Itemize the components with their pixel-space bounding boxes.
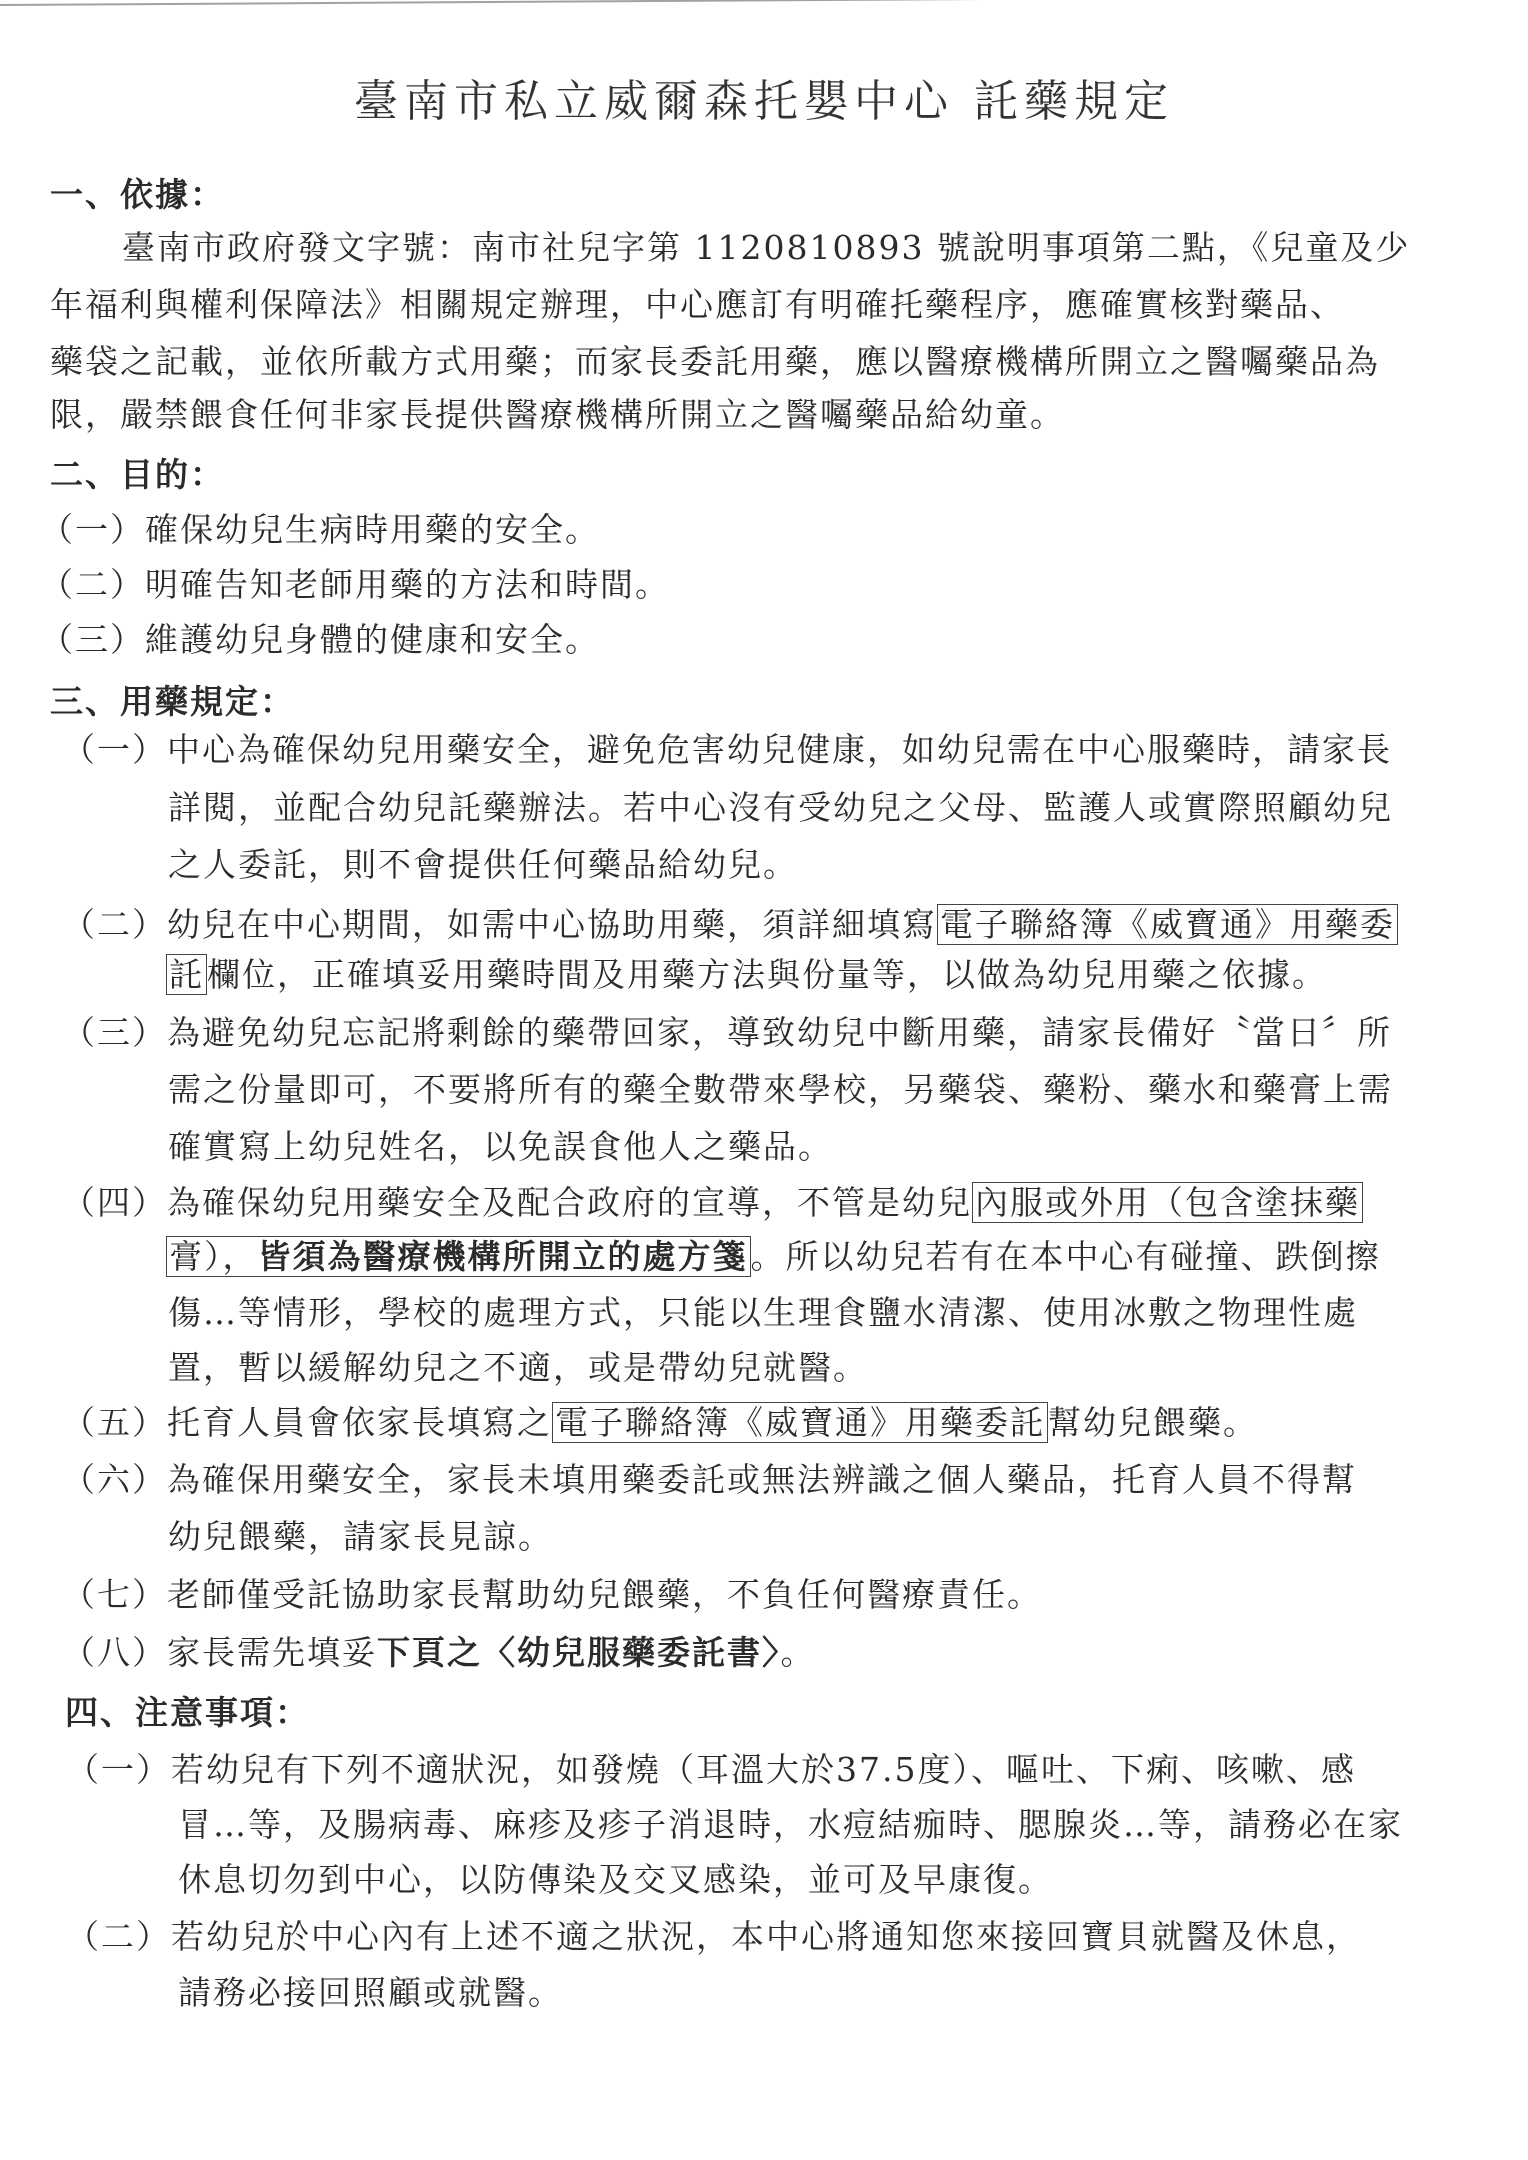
item-text: 。	[781, 1633, 816, 1672]
note-1-line-2: 冒…等，及腸病毒、麻疹及疹子消退時，水痘結痂時、腮腺炎…等，請務必在家	[178, 1805, 1403, 1845]
boxed-text: 電子聯絡簿《威寶通》用藥委託	[552, 1402, 1048, 1443]
basis-line-3: 藥袋之記載，並依所載方式用藥；而家長委託用藥，應以醫療機構所開立之醫囑藥品為	[50, 342, 1380, 382]
item-marker: （三）	[40, 620, 145, 659]
purpose-item-2: （二）明確告知老師用藥的方法和時間。	[40, 565, 670, 605]
item-text: 明確告知老師用藥的方法和時間。	[145, 565, 670, 604]
rule-2-line-1: （二）幼兒在中心期間，如需中心協助用藥，須詳細填寫電子聯絡簿《威寶通》用藥委	[62, 905, 1398, 945]
item-text: 。所以幼兒若有在本中心有碰撞、跌倒擦	[751, 1237, 1381, 1276]
item-marker: （六）	[62, 1460, 167, 1499]
basis-line-1: 臺南市政府發文字號：南市社兒字第 1120810893 號說明事項第二點，《兒童…	[122, 228, 1410, 268]
rule-4-line-4: 置，暫以緩解幼兒之不適，或是帶幼兒就醫。	[168, 1348, 868, 1388]
boxed-text: 膏），皆須為醫療機構所開立的處方箋	[166, 1236, 751, 1277]
item-text: 確保幼兒生病時用藥的安全。	[145, 510, 600, 549]
rule-3-line-3: 確實寫上幼兒姓名，以免誤食他人之藥品。	[168, 1127, 833, 1167]
rule-3-line-1: （三）為避免幼兒忘記將剩餘的藥帶回家，導致幼兒中斷用藥，請家長備好〝當日〞所	[62, 1013, 1392, 1053]
item-text: 中心為確保幼兒用藥安全，避免危害幼兒健康，如幼兒需在中心服藥時，請家長	[167, 730, 1392, 769]
item-text: 欄位，正確填妥用藥時間及用藥方法與份量等，以做為幼兒用藥之依據。	[207, 955, 1327, 994]
rule-1-line-1: （一）中心為確保幼兒用藥安全，避免危害幼兒健康，如幼兒需在中心服藥時，請家長	[62, 730, 1392, 770]
item-marker: （七）	[62, 1575, 167, 1614]
section-heading-rules: 三、用藥規定：	[50, 682, 295, 722]
note-2-line-2: 請務必接回照顧或就醫。	[178, 1973, 563, 2013]
rule-5-line-1: （五）托育人員會依家長填寫之電子聯絡簿《威寶通》用藥委託幫幼兒餵藥。	[62, 1403, 1258, 1443]
rule-1-line-3: 之人委託，則不會提供任何藥品給幼兒。	[168, 845, 798, 885]
item-marker: （一）	[40, 510, 145, 549]
rule-4-line-2: 膏），皆須為醫療機構所開立的處方箋。所以幼兒若有在本中心有碰撞、跌倒擦	[166, 1237, 1381, 1277]
item-text: 維護幼兒身體的健康和安全。	[145, 620, 600, 659]
boxed-text-part: 膏），	[169, 1237, 258, 1276]
basis-line-4: 限，嚴禁餵食任何非家長提供醫療機構所開立之醫囑藥品給幼童。	[50, 395, 1065, 435]
boxed-text: 內服或外用（包含塗抹藥	[972, 1182, 1363, 1223]
item-text: 為確保用藥安全，家長未填用藥委託或無法辨識之個人藥品，托育人員不得幫	[167, 1460, 1357, 1499]
item-marker: （四）	[62, 1183, 167, 1222]
rule-7-line-1: （七）老師僅受託協助家長幫助幼兒餵藥，不負任何醫療責任。	[62, 1575, 1042, 1615]
boxed-text: 電子聯絡簿《威寶通》用藥委	[937, 904, 1398, 945]
item-marker: （一）	[66, 1750, 171, 1789]
item-text: 若幼兒於中心內有上述不適之狀況，本中心將通知您來接回寶貝就醫及休息，	[171, 1917, 1361, 1956]
rule-4-line-1: （四）為確保幼兒用藥安全及配合政府的宣導，不管是幼兒內服或外用（包含塗抹藥	[62, 1183, 1363, 1223]
item-marker: （一）	[62, 730, 167, 769]
rule-6-line-1: （六）為確保用藥安全，家長未填用藥委託或無法辨識之個人藥品，托育人員不得幫	[62, 1460, 1357, 1500]
item-text: 為確保幼兒用藥安全及配合政府的宣導，不管是幼兒	[167, 1183, 972, 1222]
purpose-item-1: （一）確保幼兒生病時用藥的安全。	[40, 510, 600, 550]
note-1-line-1: （一）若幼兒有下列不適狀況，如發燒（耳溫大於37.5度）、嘔吐、下痢、咳嗽、感	[66, 1750, 1356, 1790]
item-marker: （二）	[40, 565, 145, 604]
rule-6-line-2: 幼兒餵藥，請家長見諒。	[168, 1517, 553, 1557]
rule-8-line-1: （八）家長需先填妥下頁之〈幼兒服藥委託書〉。	[62, 1633, 816, 1673]
section-heading-notes: 四、注意事項：	[65, 1693, 310, 1733]
rule-4-line-3: 傷…等情形，學校的處理方式，只能以生理食鹽水清潔、使用冰敷之物理性處	[168, 1293, 1358, 1333]
note-2-line-1: （二）若幼兒於中心內有上述不適之狀況，本中心將通知您來接回寶貝就醫及休息，	[66, 1917, 1361, 1957]
item-marker: （二）	[66, 1917, 171, 1956]
item-text: 托育人員會依家長填寫之	[167, 1403, 552, 1442]
basis-line-2: 年福利與權利保障法》相關規定辦理，中心應訂有明確托藥程序，應確實核對藥品、	[50, 285, 1345, 325]
boxed-bold-text: 皆須為醫療機構所開立的處方箋	[258, 1237, 748, 1276]
boxed-text: 託	[166, 954, 207, 995]
item-text: 家長需先填妥	[167, 1633, 377, 1672]
bold-text: 下頁之〈幼兒服藥委託書〉	[377, 1633, 781, 1672]
rule-3-line-2: 需之份量即可，不要將所有的藥全數帶來學校，另藥袋、藥粉、藥水和藥膏上需	[168, 1070, 1393, 1110]
rule-2-line-2: 託欄位，正確填妥用藥時間及用藥方法與份量等，以做為幼兒用藥之依據。	[166, 955, 1327, 995]
item-text: 幼兒在中心期間，如需中心協助用藥，須詳細填寫	[167, 905, 937, 944]
item-marker: （八）	[62, 1633, 167, 1672]
scan-edge-line	[0, 0, 1300, 6]
page-title: 臺南市私立威爾森托嬰中心 託藥規定	[0, 76, 1528, 128]
purpose-item-3: （三）維護幼兒身體的健康和安全。	[40, 620, 600, 660]
item-text: 老師僅受託協助家長幫助幼兒餵藥，不負任何醫療責任。	[167, 1575, 1042, 1614]
item-text: 幫幼兒餵藥。	[1048, 1403, 1258, 1442]
rule-1-line-2: 詳閱，並配合幼兒託藥辦法。若中心沒有受幼兒之父母、監護人或實際照顧幼兒	[168, 788, 1393, 828]
item-text: 若幼兒有下列不適狀況，如發燒（耳溫大於37.5度）、嘔吐、下痢、咳嗽、感	[171, 1750, 1356, 1789]
item-text: 為避免幼兒忘記將剩餘的藥帶回家，導致幼兒中斷用藥，請家長備好〝當日〞所	[167, 1013, 1392, 1052]
section-heading-purpose: 二、目的：	[50, 455, 225, 495]
item-marker: （五）	[62, 1403, 167, 1442]
item-marker: （二）	[62, 905, 167, 944]
section-heading-basis: 一、依據：	[50, 175, 225, 215]
item-marker: （三）	[62, 1013, 167, 1052]
note-1-line-3: 休息切勿到中心，以防傳染及交叉感染，並可及早康復。	[178, 1860, 1053, 1900]
